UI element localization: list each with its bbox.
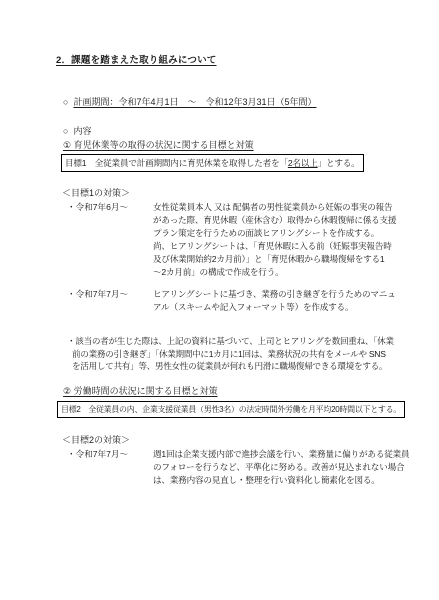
measures2-heading: ＜目標2の対策＞: [62, 433, 415, 446]
section-title: 2．課題を踏まえた取り組みについて: [56, 52, 415, 66]
measure-date: ・令和7年7月～: [67, 448, 153, 487]
measure-date: ・令和7年6月～: [67, 201, 153, 279]
circle-marker: ○: [63, 97, 68, 107]
measure-line: があった際、育児休暇（産休含む）取得から休暇復帰に係る支援: [153, 214, 415, 227]
note-line: を活用して共有」等、男性女性の従業員が何れも円滑に職場復帰できる環境をする。: [72, 360, 415, 373]
measure-line: のフォローを行うなど、平準化に努める。改善が見込まれない場合: [153, 461, 415, 474]
plan-period-line: ○計画期間：令和7年4月1日 ～ 令和12年3月31日（5年間）: [63, 95, 415, 108]
document-page: 2．課題を踏まえた取り組みについて ○計画期間：令和7年4月1日 ～ 令和12年…: [0, 0, 439, 600]
measure-line: 週1回は企業支援内部で進捗会議を行い、業務量に偏りがある従業員: [153, 448, 415, 461]
section1-heading: ① 育児休業等の取得の状況に関する目標と対策: [63, 138, 415, 151]
measure-line: ヒアリングシートに基づき、業務の引き継ぎを行うためのマニュ: [153, 288, 415, 301]
section2-heading: ② 労働時間の状況に関する目標と対策: [63, 384, 415, 397]
measure-line: ～2カ月前」の構成で作成を行う。: [153, 266, 415, 279]
note-block: ・該当の者が生じた際は、上記の資料に基づいて、上司とヒアリングを数回重ね、「休業…: [67, 335, 415, 373]
measure-date: ・令和7年7月～: [67, 288, 153, 314]
measure-text: ヒアリングシートに基づき、業務の引き継ぎを行うためのマニュ アル（スキームや記入…: [153, 288, 415, 314]
measure-line: は、業務内容の見直し・整理を行い資料化し簡素化を図る。: [153, 474, 415, 487]
measure-item-1: ・令和7年6月～ 女性従業員本人 又は 配偶者の男性従業員から妊娠の事実の報告 …: [67, 201, 415, 279]
note-line: 前の業務の引き継ぎ」「休業期間中に1カ月に1回は、業務状況の共有をメールや SN…: [72, 348, 415, 361]
measure-line: 尚、ヒアリングシートは、「育児休暇に入る前（妊娠事実報告時: [153, 240, 415, 253]
content-heading-text: 内容: [73, 126, 91, 136]
measure-line: プラン策定を行うための面談ヒアリングシートを作成する。: [153, 227, 415, 240]
plan-period-text: 計画期間：令和7年4月1日 ～ 令和12年3月31日（5年間）: [73, 97, 316, 107]
measure-item-2: ・令和7年7月～ ヒアリングシートに基づき、業務の引き継ぎを行うためのマニュ ア…: [67, 288, 415, 314]
circle-marker: ○: [63, 126, 68, 136]
goal1-suffix: 」とする。: [318, 158, 360, 168]
measure-text: 女性従業員本人 又は 配偶者の男性従業員から妊娠の事実の報告 があった際、育児休…: [153, 201, 415, 279]
measure-line: 及び休業開始約2カ月前）」と「育児休暇から職場復帰をする1: [153, 253, 415, 266]
goal1-underlined: 2名以上: [288, 158, 318, 168]
goal2-box: 目標2 全従業員の内、企業支援従業員（男性3名）の法定時間外労働を月平均20時間…: [57, 401, 405, 418]
content-heading-line: ○内容: [63, 124, 415, 137]
measure-text: 週1回は企業支援内部で進捗会議を行い、業務量に偏りがある従業員 のフォローを行う…: [153, 448, 415, 487]
goal1-prefix: 目標1 全従業員で計画期間内に育児休業を取得した者を「: [65, 158, 288, 168]
measures1-heading: ＜目標1の対策＞: [62, 186, 415, 199]
note-line: ・該当の者が生じた際は、上記の資料に基づいて、上司とヒアリングを数回重ね、「休業: [67, 335, 415, 348]
measure-line: 女性従業員本人 又は 配偶者の男性従業員から妊娠の事実の報告: [153, 201, 415, 214]
goal1-box: 目標1 全従業員で計画期間内に育児休業を取得した者を「2名以上」とする。: [61, 154, 364, 172]
measure-item-3: ・令和7年7月～ 週1回は企業支援内部で進捗会議を行い、業務量に偏りがある従業員…: [67, 448, 415, 487]
measure-line: アル（スキームや記入フォーマット等）を作成する。: [153, 301, 415, 314]
